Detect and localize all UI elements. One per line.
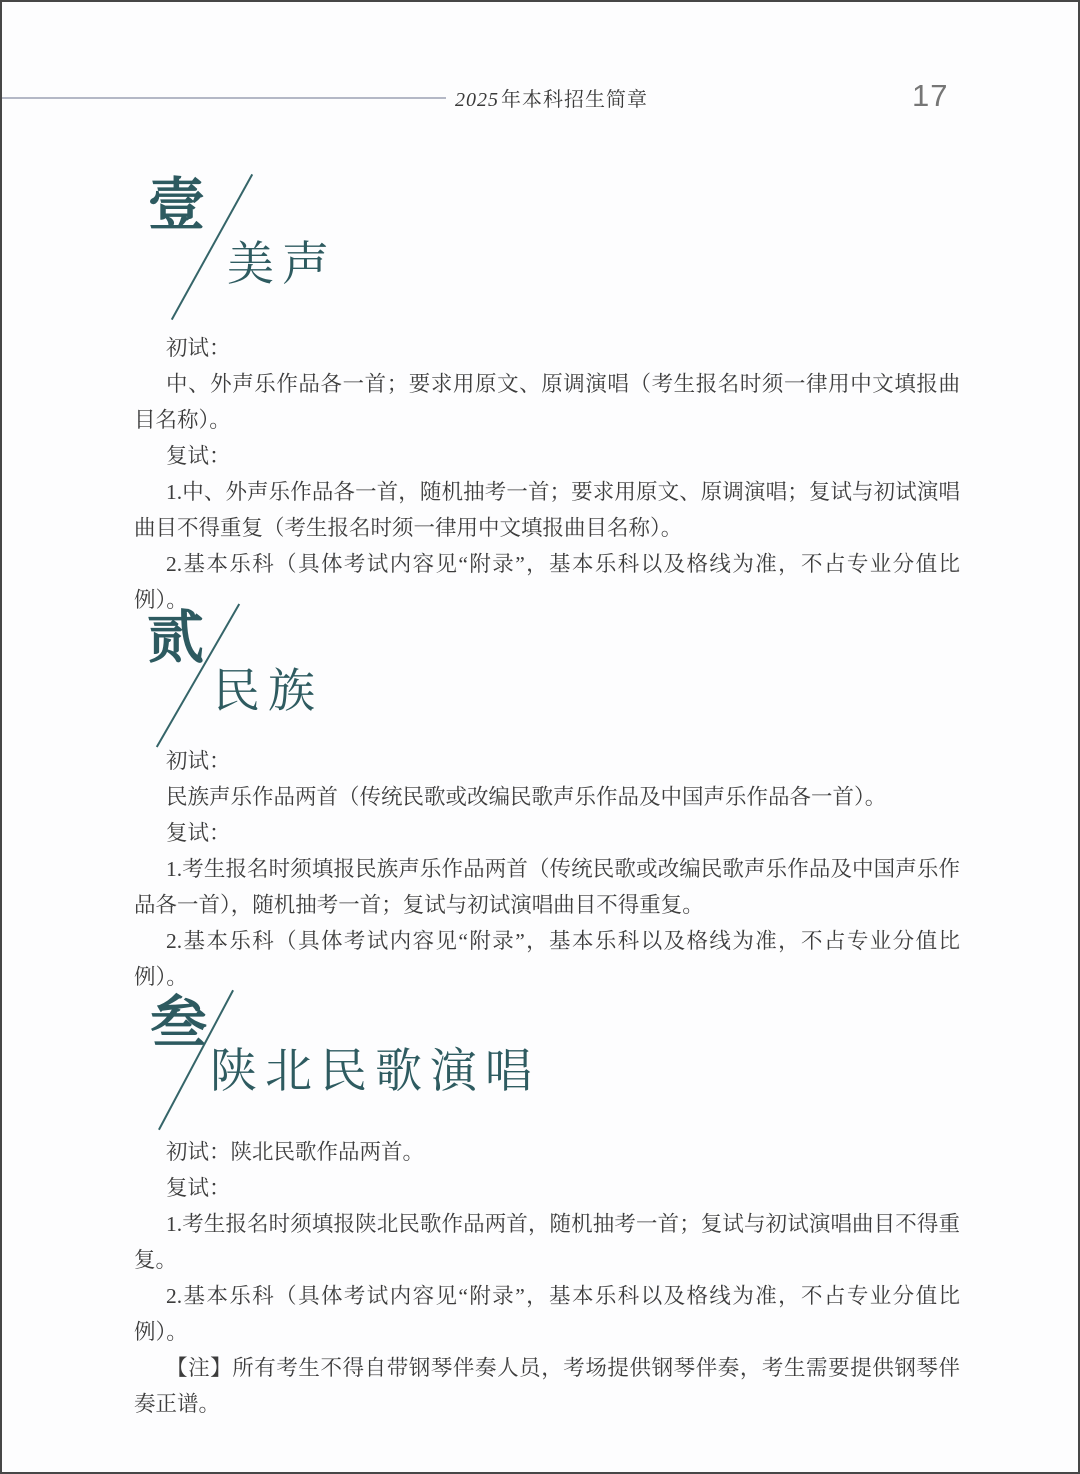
section-1-title: 美声 <box>227 239 337 291</box>
section-3-title: 陕北民歌演唱 <box>210 1046 540 1098</box>
section-1-numeral: 壹 <box>148 177 205 234</box>
paragraph: 复试： <box>134 815 960 851</box>
section-3-body: 初试：陕北民歌作品两首。 复试： 1.考生报名时须填报陕北民歌作品两首，随机抽考… <box>134 1134 960 1422</box>
paragraph: 初试： <box>134 330 960 366</box>
header-rule <box>2 97 446 99</box>
section-1-heading: 壹 美声 <box>139 167 619 327</box>
paragraph: 2.基本乐科（具体考试内容见“附录”，基本乐科以及格线为准，不占专业分值比例）。 <box>134 1278 960 1350</box>
paragraph: 复试： <box>134 1170 960 1206</box>
page-number: 17 <box>912 78 962 114</box>
section-2-numeral: 贰 <box>147 610 204 667</box>
paragraph: 1.考生报名时须填报民族声乐作品两首（传统民歌或改编民歌声乐作品及中国声乐作品各… <box>134 851 960 923</box>
paragraph: 【注】所有考生不得自带钢琴伴奏人员，考场提供钢琴伴奏，考生需要提供钢琴伴奏正谱。 <box>134 1350 960 1422</box>
paragraph: 中、外声乐作品各一首；要求用原文、原调演唱（考生报名时须一律用中文填报曲目名称）… <box>134 366 960 438</box>
section-2-body: 初试： 民族声乐作品两首（传统民歌或改编民歌声乐作品及中国声乐作品各一首）。 复… <box>134 743 960 995</box>
document-page: 2025年本科招生简章 17 壹 美声 初试： 中、外声乐作品各一首；要求用原文… <box>0 0 1080 1474</box>
paragraph: 2.基本乐科（具体考试内容见“附录”，基本乐科以及格线为准，不占专业分值比例）。 <box>134 923 960 995</box>
section-1-body: 初试： 中、外声乐作品各一首；要求用原文、原调演唱（考生报名时须一律用中文填报曲… <box>134 330 960 618</box>
section-3-heading: 叁 陕北民歌演唱 <box>139 987 619 1147</box>
running-head-text: 年本科招生简章 <box>501 89 648 111</box>
paragraph: 初试：陕北民歌作品两首。 <box>134 1134 960 1170</box>
running-head-year: 2025 <box>455 89 499 111</box>
running-head-title: 2025年本科招生简章 <box>455 83 648 112</box>
paragraph: 复试： <box>134 438 960 474</box>
section-3-numeral: 叁 <box>150 995 207 1052</box>
paragraph: 1.中、外声乐作品各一首，随机抽考一首；要求用原文、原调演唱；复试与初试演唱曲目… <box>134 474 960 546</box>
paragraph: 民族声乐作品两首（传统民歌或改编民歌声乐作品及中国声乐作品各一首）。 <box>134 779 960 815</box>
paragraph: 1.考生报名时须填报陕北民歌作品两首，随机抽考一首；复试与初试演唱曲目不得重复。 <box>134 1206 960 1278</box>
paragraph: 初试： <box>134 743 960 779</box>
section-2-title: 民族 <box>213 666 323 718</box>
section-2-heading: 贰 民族 <box>139 602 619 762</box>
